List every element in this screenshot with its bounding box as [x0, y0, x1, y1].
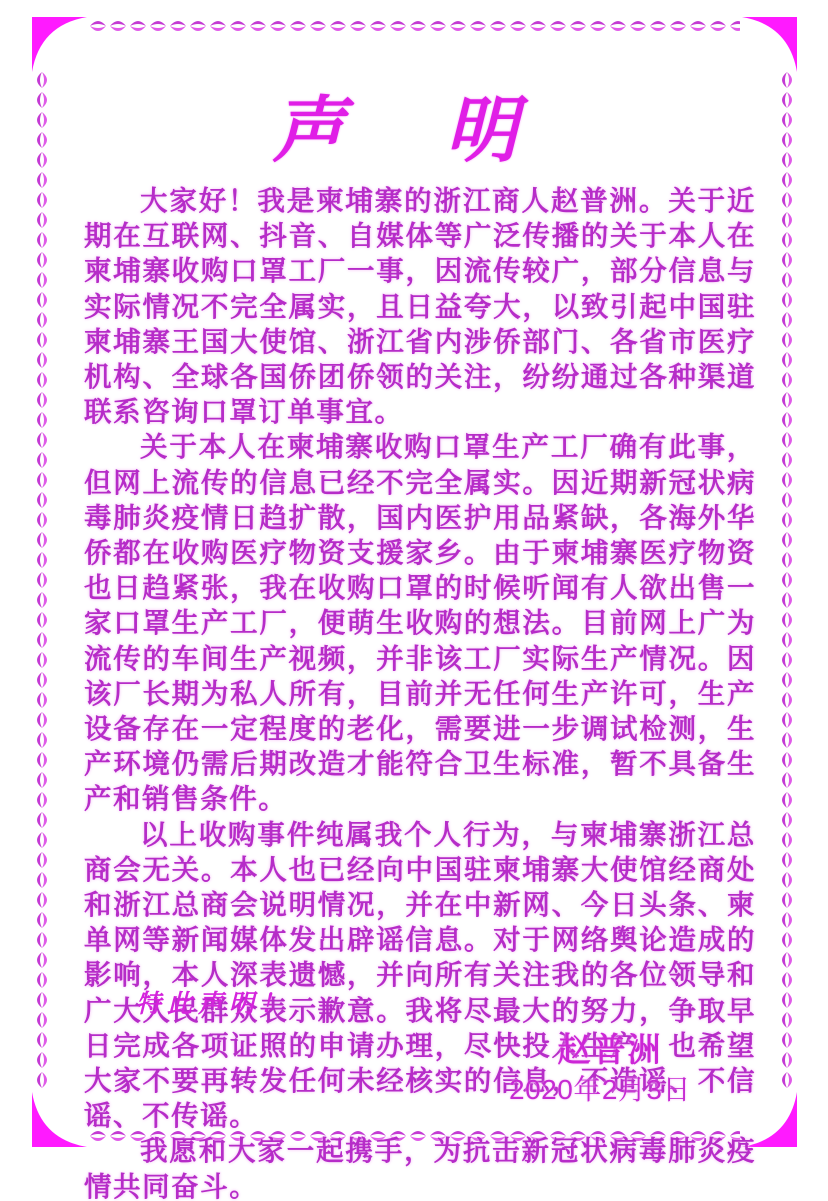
paragraph-acquisition: 关于本人在柬埔寨收购口罩生产工厂确有此事，但网上流传的信息已经不完全属实。因近期… [84, 430, 756, 817]
corner-ornament-top-right [737, 17, 797, 77]
signature: 赵普洲 [520, 1024, 700, 1071]
closing-remark: 特此声明！ [136, 984, 291, 1020]
corner-ornament-bottom-left [32, 1087, 92, 1147]
corner-ornament-top-left [32, 17, 92, 77]
statement-page: 声 明 大家好！我是柬埔寨的浙江商人赵普洲。关于近期在互联网、抖音、自媒体等广泛… [0, 0, 828, 1201]
chain-border-right [777, 70, 797, 1090]
chain-border-top [88, 16, 740, 36]
statement-title: 声 明 [0, 72, 828, 176]
paragraph-conclusion: 我愿和大家一起携手，为抗击新冠状病毒肺炎疫情共同奋斗。 [84, 1134, 756, 1201]
statement-date: 2020年2月3日 [480, 1068, 720, 1108]
paragraph-intro: 大家好！我是柬埔寨的浙江商人赵普洲。关于近期在互联网、抖音、自媒体等广泛传播的关… [84, 184, 756, 430]
chain-border-left [32, 70, 52, 1090]
